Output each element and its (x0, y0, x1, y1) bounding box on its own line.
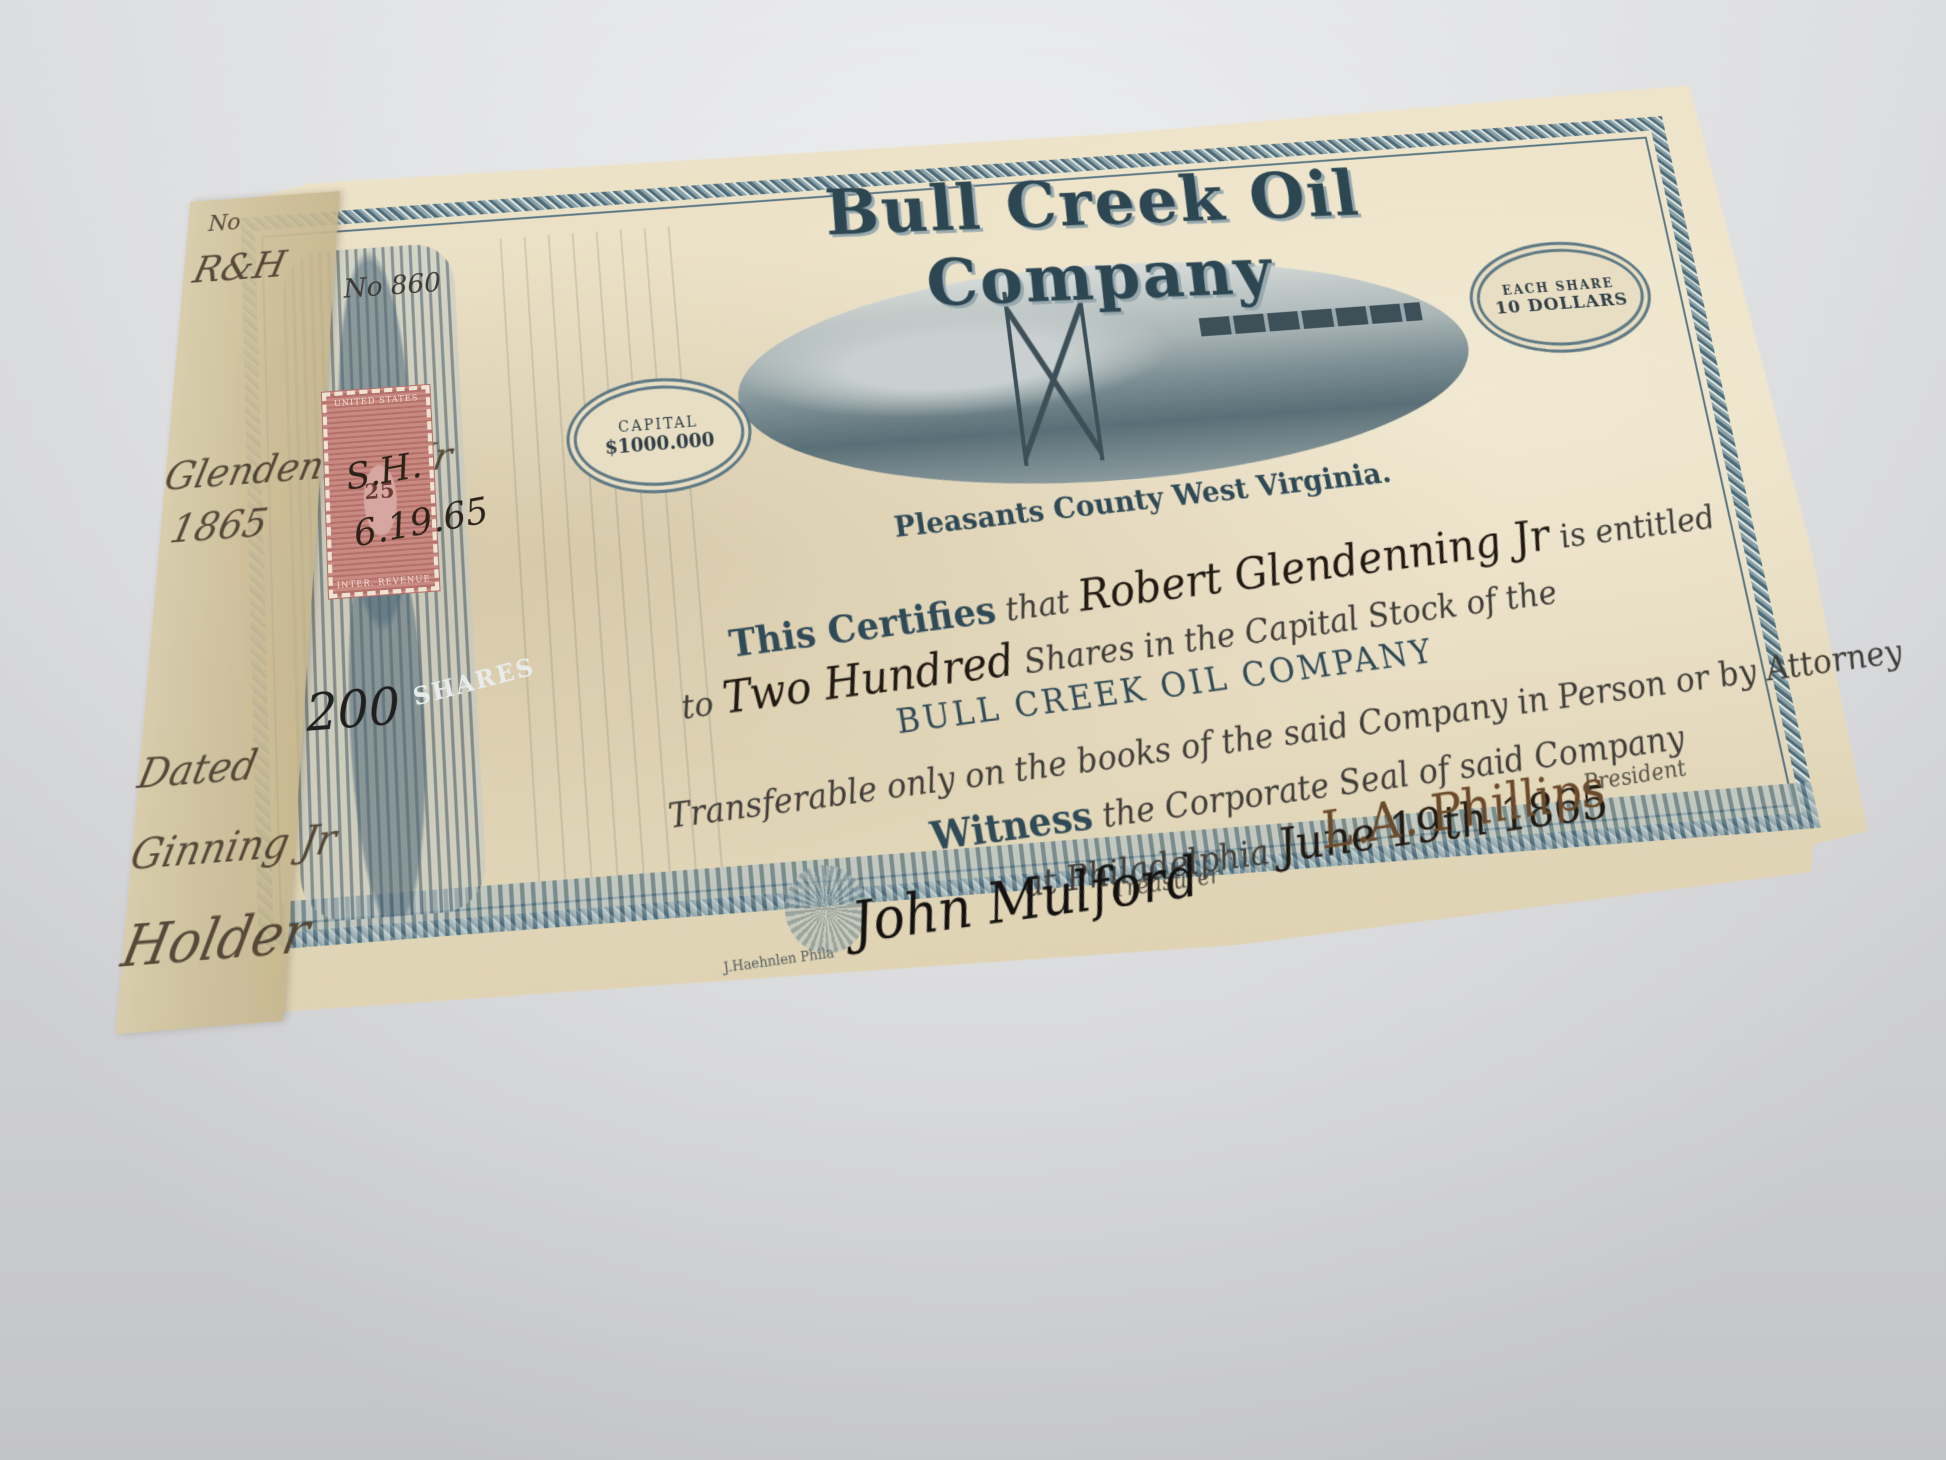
stub-number: No (205, 210, 243, 237)
that-text: that (1002, 583, 1072, 629)
to-text: to (679, 685, 716, 728)
certificate-stub-flap: No R&H Glendenning Jr 1865 Dated Ginning… (116, 191, 340, 1034)
stamp-cancellation: S.H. 6.19.65 (342, 427, 492, 565)
stub-fragment: 1865 (166, 501, 271, 553)
stub-fragment: R&H (189, 244, 289, 292)
stub-fragment: Holder (116, 899, 315, 981)
shares-count: 200 (305, 676, 401, 743)
stamp-bottom-text: INTER. REVENUE (337, 574, 431, 591)
stub-fragment: Dated (134, 742, 262, 798)
stock-certificate: No R&H Glendenning Jr 1865 Dated Ginning… (220, 84, 1890, 1024)
stamp-top-text: UNITED STATES (334, 393, 419, 408)
